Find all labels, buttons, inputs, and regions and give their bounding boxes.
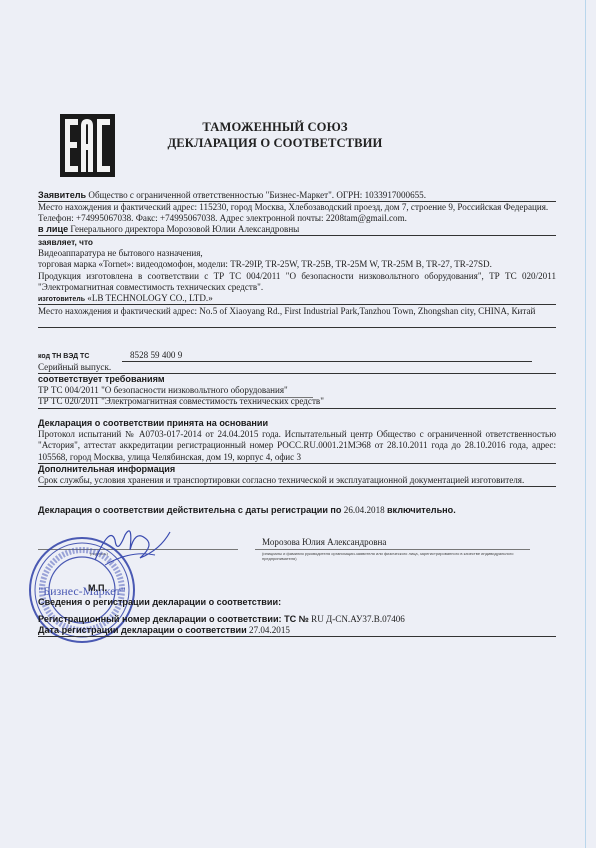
- divider: [38, 304, 556, 305]
- declares-label: заявляет, что: [38, 237, 556, 248]
- divider: [38, 235, 556, 236]
- title-line-2: ДЕКЛАРАЦИЯ О СООТВЕТСТВИИ: [150, 135, 400, 151]
- product-models: торговая марка «Tornet»: видеодомофон, м…: [38, 259, 556, 270]
- basis-section: Декларация о соответствии принята на осн…: [38, 418, 556, 463]
- requirements-label: соответствует требованиям: [38, 374, 556, 385]
- applicant-line: Заявитель Общество с ограниченной ответс…: [38, 190, 556, 201]
- manufacturer-address-text: Место нахождения и фактический адрес: No…: [38, 306, 538, 317]
- divider: [38, 327, 556, 328]
- applicant-address: Место нахождения и фактический адрес: 11…: [38, 202, 556, 224]
- additional-section: Дополнительная информация Срок службы, у…: [38, 464, 556, 486]
- validity-suffix: включительно.: [387, 505, 456, 515]
- title-line-1: ТАМОЖЕННЫЙ СОЮЗ: [150, 119, 400, 135]
- page-title: ТАМОЖЕННЫЙ СОЮЗ ДЕКЛАРАЦИЯ О СООТВЕТСТВИ…: [150, 119, 400, 151]
- eac-logo: [60, 114, 115, 177]
- requirement-item: ТР ТС 020/2011 "Электромагнитная совмест…: [38, 396, 556, 407]
- divider: [38, 636, 556, 637]
- divider: [38, 408, 556, 409]
- basis-text: Протокол испытаний № А0703-017-2014 от 2…: [38, 429, 556, 463]
- validity-prefix: Декларация о соответствии действительна …: [38, 505, 341, 515]
- serial-text: Серийный выпуск.: [38, 362, 111, 372]
- declares-section: заявляет, что Видеоаппаратура не бытовог…: [38, 237, 556, 305]
- manufacturer-name: «LB TECHNOLOGY CO., LTD.»: [87, 293, 212, 303]
- additional-text: Срок службы, условия хранения и транспор…: [38, 475, 556, 486]
- validity-date: 26.04.2018: [344, 505, 385, 515]
- registration-date-value: 27.04.2015: [249, 625, 290, 635]
- serial-line: Серийный выпуск.: [38, 362, 556, 373]
- registration-heading: Сведения о регистрации декларации о соот…: [38, 597, 556, 608]
- code-value: 8528 59 400 9: [130, 350, 182, 361]
- requirements-section: соответствует требованиям ТР ТС 004/2011…: [38, 374, 556, 408]
- represented-text: Генерального директора Морозовой Юлии Ал…: [70, 224, 299, 234]
- requirement-item: ТР ТС 004/2011 "О безопасности низковоль…: [38, 385, 556, 396]
- applicant-section: Заявитель Общество с ограниченной ответс…: [38, 190, 556, 201]
- code-label: код ТН ВЭД ТС: [38, 353, 89, 360]
- scan-edge-line: [585, 0, 586, 848]
- registration-number-value: RU Д-CN.АУ37.В.07406: [311, 614, 405, 624]
- registration-date-line: Дата регистрации декларации о соответств…: [38, 625, 556, 636]
- registration-number-label: Регистрационный номер декларации о соотв…: [38, 614, 309, 624]
- product-type: Видеоаппаратура не бытового назначения,: [38, 248, 556, 259]
- name-caption: (инициалы и фамилия руководителя организ…: [262, 551, 532, 561]
- applicant-name: Общество с ограниченной ответственностью…: [88, 190, 426, 200]
- validity-line: Декларация о соответствии действительна …: [38, 505, 556, 516]
- additional-label: Дополнительная информация: [38, 464, 556, 475]
- represented-label: в лице: [38, 224, 68, 234]
- applicant-represented: в лице Генерального директора Морозовой …: [38, 224, 556, 235]
- registration-date-label: Дата регистрации декларации о соответств…: [38, 625, 247, 635]
- applicant-label: Заявитель: [38, 190, 86, 200]
- signature-scribble: [85, 520, 175, 575]
- product-conformity: Продукция изготовлена в соответствии с Т…: [38, 271, 556, 293]
- basis-label: Декларация о соответствии принята на осн…: [38, 418, 556, 429]
- name-line: [255, 549, 530, 550]
- applicant-address-text: Место нахождения и фактический адрес: 11…: [38, 202, 556, 224]
- registration-number-line: Регистрационный номер декларации о соотв…: [38, 614, 556, 625]
- signatory-name: Морозова Юлия Александровна: [262, 537, 542, 548]
- divider: [38, 486, 556, 487]
- seal-label: М.П.: [88, 583, 107, 593]
- registration-section: Сведения о регистрации декларации о соот…: [38, 597, 556, 608]
- stamp-text: "Бизнес-Маркет": [38, 584, 125, 598]
- manufacturer-address: Место нахождения и фактический адрес: No…: [38, 306, 538, 317]
- divider: [38, 397, 313, 398]
- manufacturer-label: изготовитель: [38, 296, 85, 303]
- signatory-name-text: Морозова Юлия Александровна: [262, 537, 386, 547]
